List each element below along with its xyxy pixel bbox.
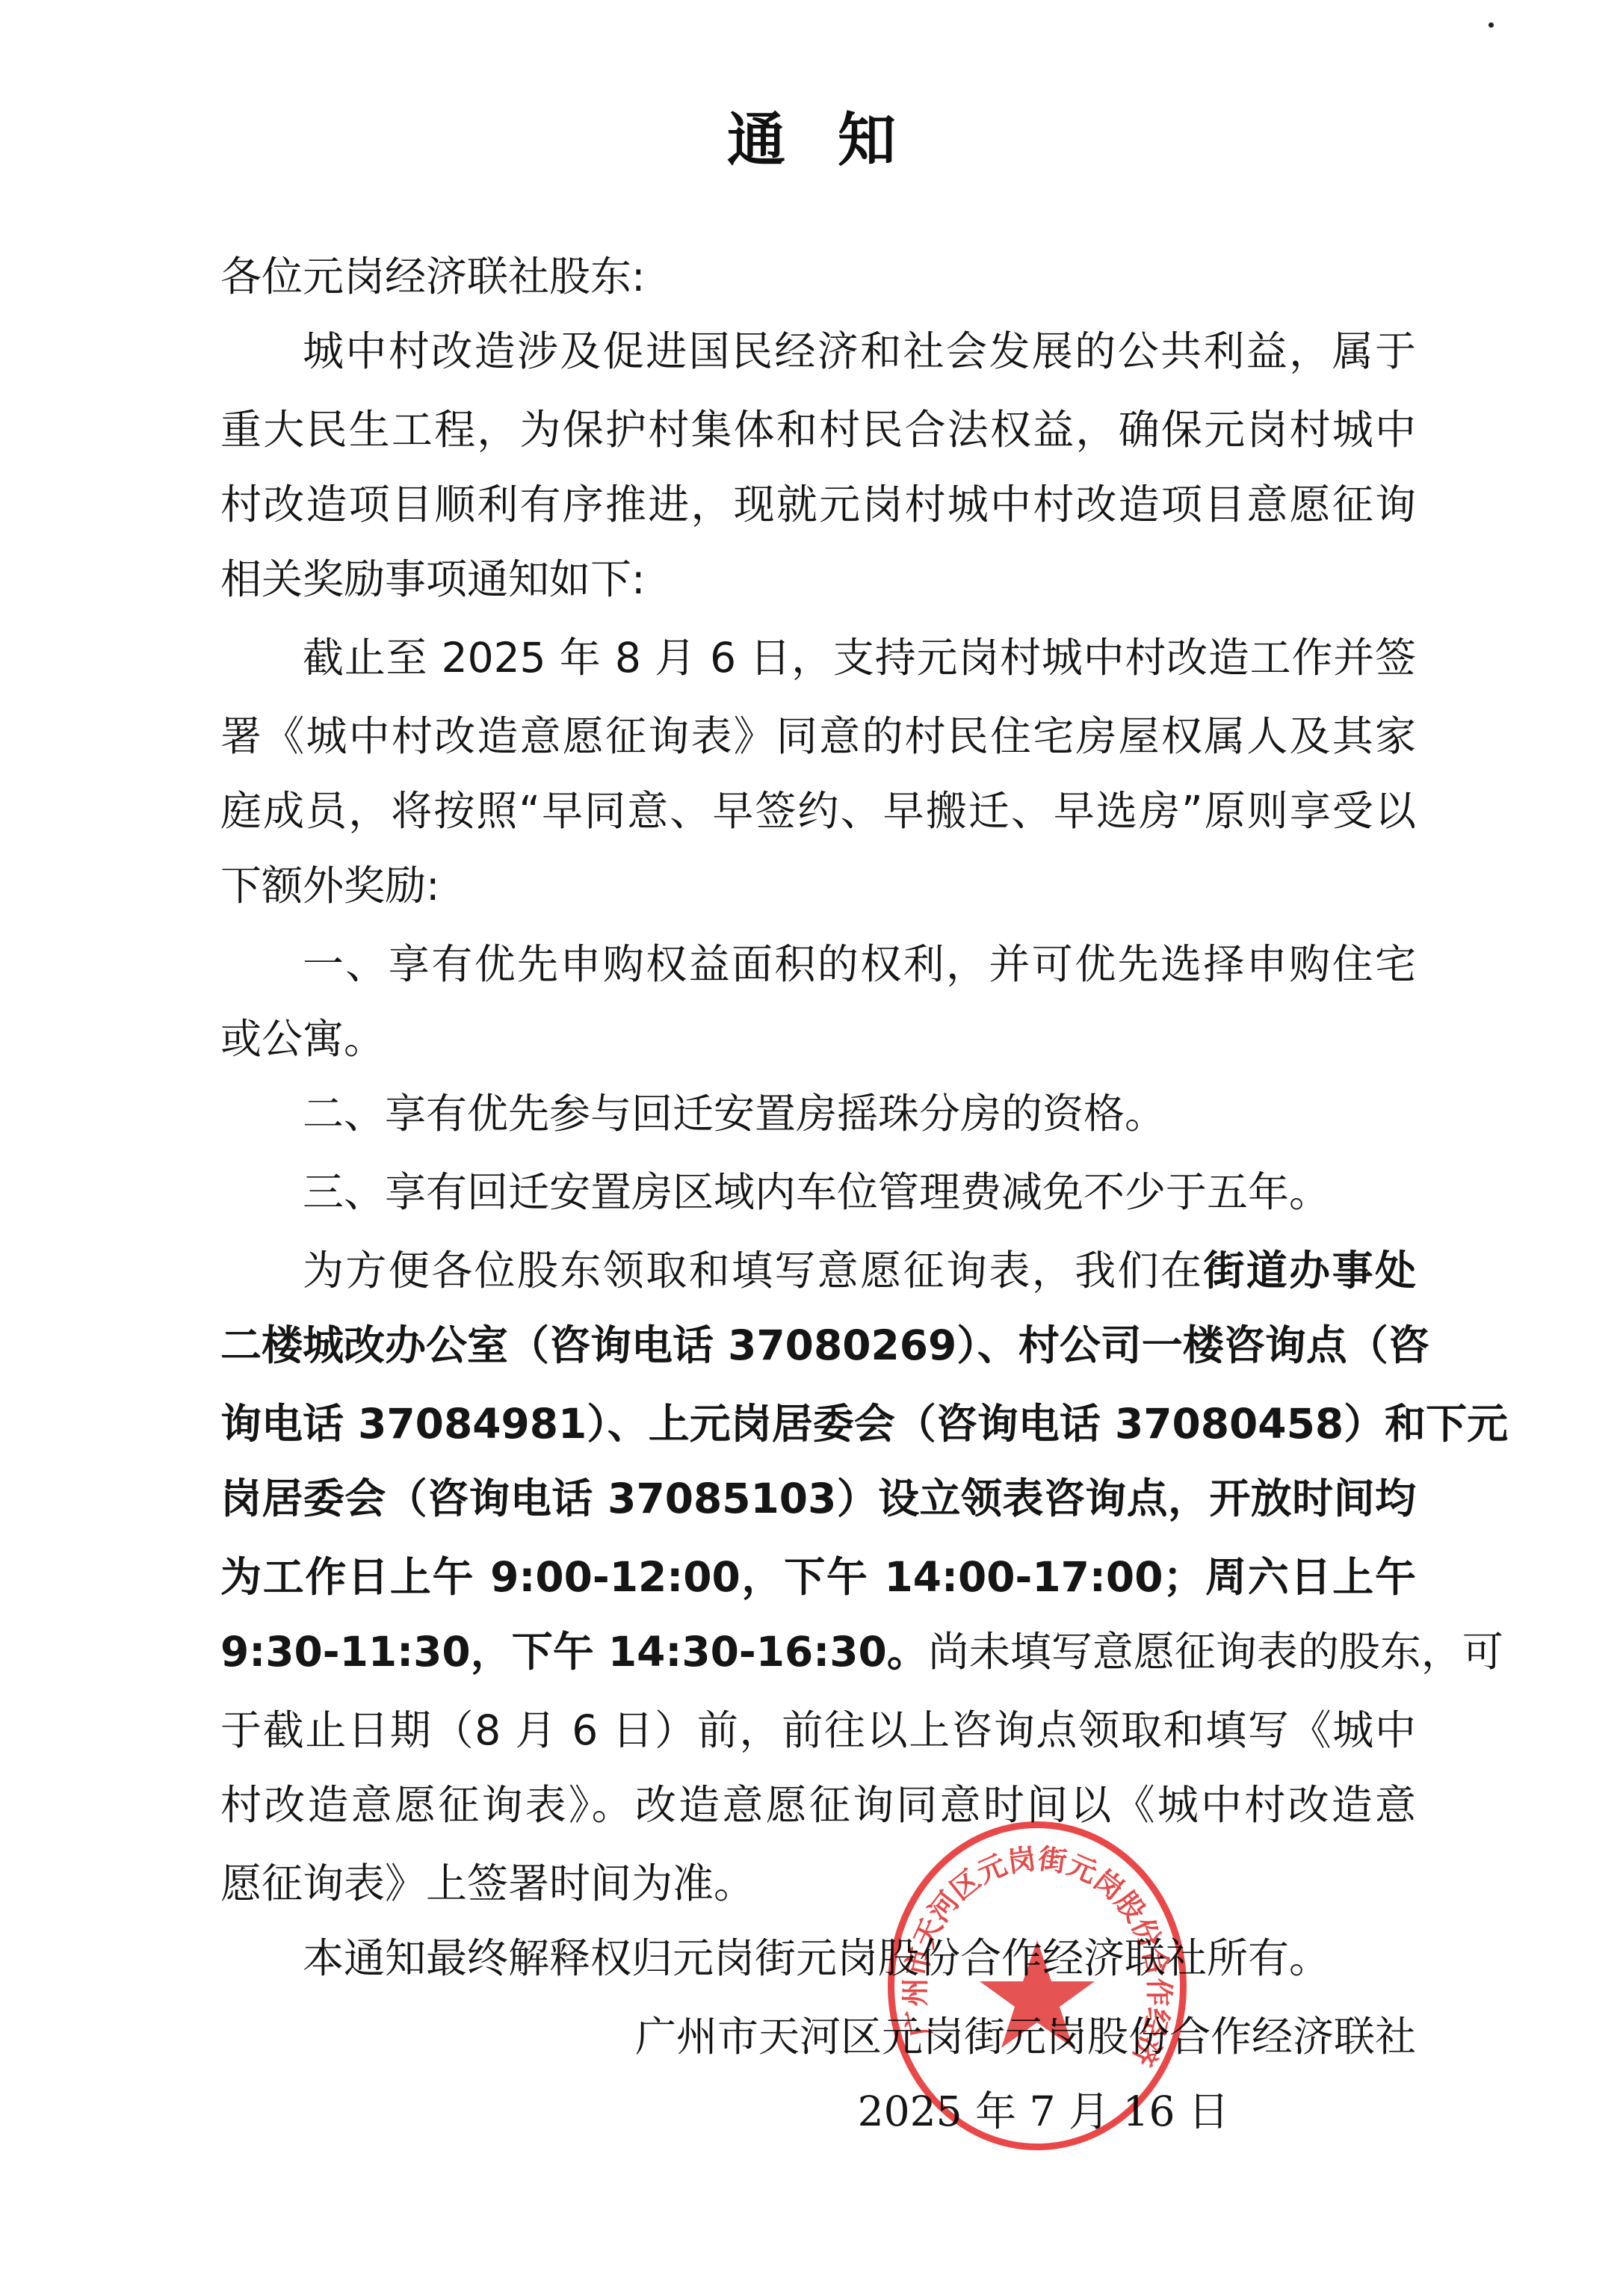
- greeting: 各位元岗经济联社股东:: [220, 239, 1416, 314]
- signature-date: 2025 年 7 月 16 日: [220, 2074, 1416, 2149]
- paragraph-3-line-6-text: 尚未填写意愿征询表的股东，可: [928, 1628, 1503, 1676]
- seal-star-icon: 广州市天河区元岗街元岗股份合作经济联社: [894, 1828, 1180, 2144]
- paragraph-3-line-3: 询电话 37084981）、上元岗居委会（咨询电话 37080458）和下元: [220, 1386, 1416, 1461]
- paragraph-3-line-1-text: 为方便各位股东领取和填写意愿征询表，我们在: [303, 1247, 1203, 1294]
- reward-1-line-1: 一、享有优先申购权益面积的权利，并可优先选择申购住宅: [303, 927, 1416, 1002]
- reward-2: 二、享有优先参与回迁安置房摇珠分房的资格。: [303, 1076, 1416, 1151]
- official-seal-stamp: 广州市天河区元岗街元岗股份合作经济联社: [888, 1821, 1187, 2150]
- paragraph-3-line-1-bold: 街道办事处: [1203, 1247, 1416, 1294]
- paragraph-3-line-7: 于截止日期（8 月 6 日）前，前往以上咨询点领取和填写《城中: [220, 1693, 1416, 1768]
- paragraph-2-line-3: 庭成员，将按照“早同意、早签约、早搬迁、早选房”原则享受以: [220, 774, 1416, 848]
- scan-speck: [1488, 22, 1494, 28]
- signature-organization: 广州市天河区元岗街元岗股份合作经济联社: [220, 1999, 1416, 2074]
- paragraph-1-line-1: 城中村改造涉及促进国民经济和社会发展的公共利益，属于: [303, 314, 1416, 389]
- paragraph-3-line-8: 村改造意愿征询表》。改造意愿征询同意时间以《城中村改造意: [220, 1768, 1416, 1842]
- reward-3: 三、享有回迁安置房区域内车位管理费减免不少于五年。: [303, 1155, 1416, 1229]
- page-title: 通知: [0, 93, 1623, 177]
- paragraph-2-line-1: 截止至 2025 年 8 月 6 日，支持元岗村城中村改造工作并签: [303, 620, 1416, 695]
- paragraph-3-line-1: 为方便各位股东领取和填写意愿征询表，我们在街道办事处: [303, 1233, 1416, 1308]
- paragraph-1-line-3: 村改造项目顺利有序推进，现就元岗村城中村改造项目意愿征询: [220, 467, 1416, 542]
- paragraph-3-line-6-bold: 9:30-11:30，下午 14:30-16:30。: [220, 1628, 928, 1676]
- document-page: 通知 各位元岗经济联社股东: 城中村改造涉及促进国民经济和社会发展的公共利益，属…: [0, 0, 1623, 2296]
- paragraph-3-line-9: 愿征询表》上签署时间为准。: [220, 1846, 1416, 1921]
- paragraph-4: 本通知最终解释权归元岗街元岗股份合作经济联社所有。: [303, 1921, 1416, 1996]
- paragraph-1-line-2: 重大民生工程，为保护村集体和村民合法权益，确保元岗村城中: [220, 392, 1416, 467]
- paragraph-2-line-2: 署《城中村改造意愿征询表》同意的村民住宅房屋权属人及其家: [220, 699, 1416, 774]
- paragraph-3-line-5: 为工作日上午 9:00-12:00，下午 14:00-17:00；周六日上午: [220, 1540, 1416, 1614]
- paragraph-3-line-2: 二楼城改办公室（咨询电话 37080269）、村公司一楼咨询点（咨: [220, 1308, 1416, 1383]
- reward-1-line-2: 或公寓。: [220, 1002, 1416, 1076]
- paragraph-1-line-4: 相关奖励事项通知如下:: [220, 542, 1416, 617]
- paragraph-3-line-6: 9:30-11:30，下午 14:30-16:30。尚未填写意愿征询表的股东，可: [220, 1614, 1416, 1689]
- paragraph-2-line-4: 下额外奖励:: [220, 848, 1416, 923]
- paragraph-3-line-4: 岗居委会（咨询电话 37085103）设立领表咨询点，开放时间均: [220, 1461, 1416, 1536]
